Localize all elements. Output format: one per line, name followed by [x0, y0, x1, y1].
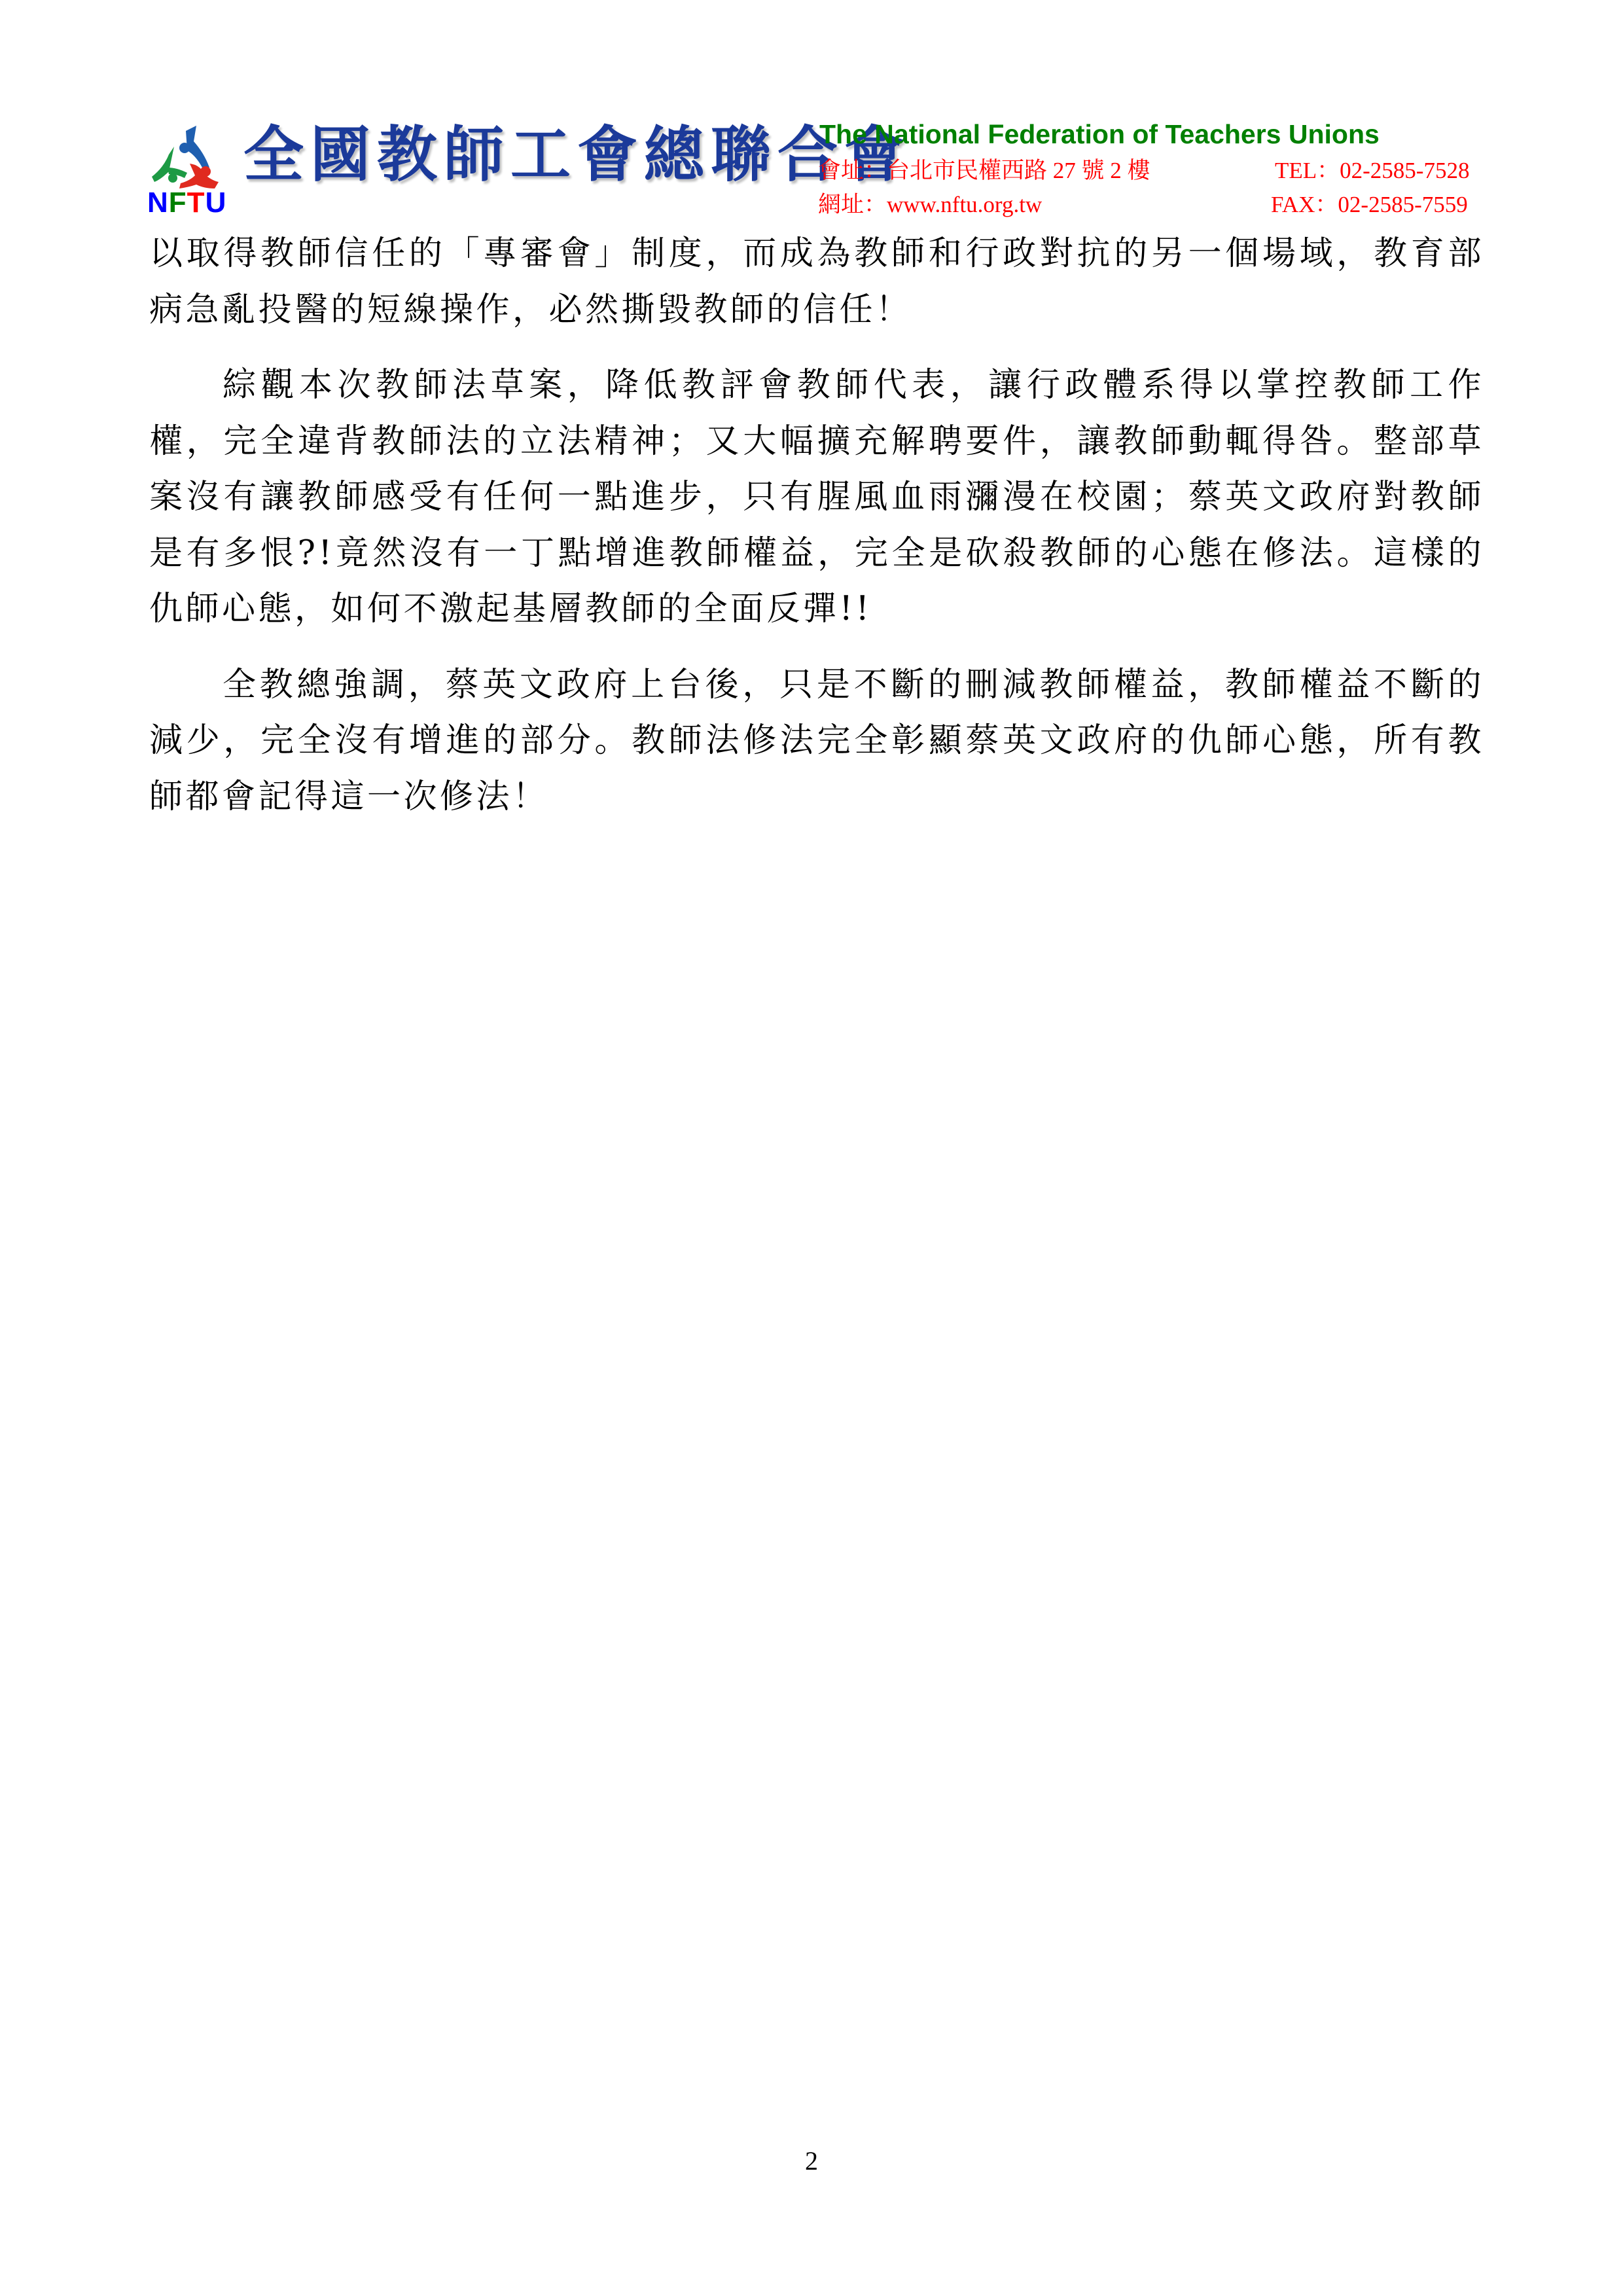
document-body: 以取得教師信任的「專審會」制度，而成為教師和行政對抗的另一個場域，教育部病急亂投… — [149, 226, 1484, 825]
paragraph-2: 綜觀本次教師法草案，降低教評會教師代表，讓行政體系得以掌控教師工作權，完全違背教… — [149, 357, 1484, 637]
three-figures-logo-icon — [141, 122, 240, 190]
paragraph-3: 全教總強調，蔡英文政府上台後，只是不斷的刪減教師權益，教師權益不斷的減少，完全沒… — [149, 657, 1484, 825]
logo-letter-t: T — [187, 187, 205, 219]
fax: FAX：02-2585-7559 — [1271, 191, 1468, 219]
page-number: 2 — [0, 2145, 1623, 2176]
logo-letter-n: N — [147, 187, 169, 219]
letterhead: NFTU 全國教師工會總聯合會 The National Federation … — [0, 0, 1623, 223]
website: 網址：www.nftu.org.tw — [818, 191, 1042, 219]
logo-letter-f: F — [169, 187, 187, 219]
logo-letter-u: U — [205, 187, 227, 219]
paragraph-1: 以取得教師信任的「專審會」制度，而成為教師和行政對抗的另一個場域，教育部病急亂投… — [149, 226, 1484, 338]
address: 會址：台北市民權西路 27 號 2 樓 — [818, 157, 1150, 185]
org-name-chinese: 全國教師工會總聯合會 — [243, 119, 911, 191]
org-name-english: The National Federation of Teachers Unio… — [819, 118, 1380, 151]
nftu-acronym: NFTU — [147, 188, 226, 217]
telephone: TEL：02-2585-7528 — [1275, 157, 1469, 185]
